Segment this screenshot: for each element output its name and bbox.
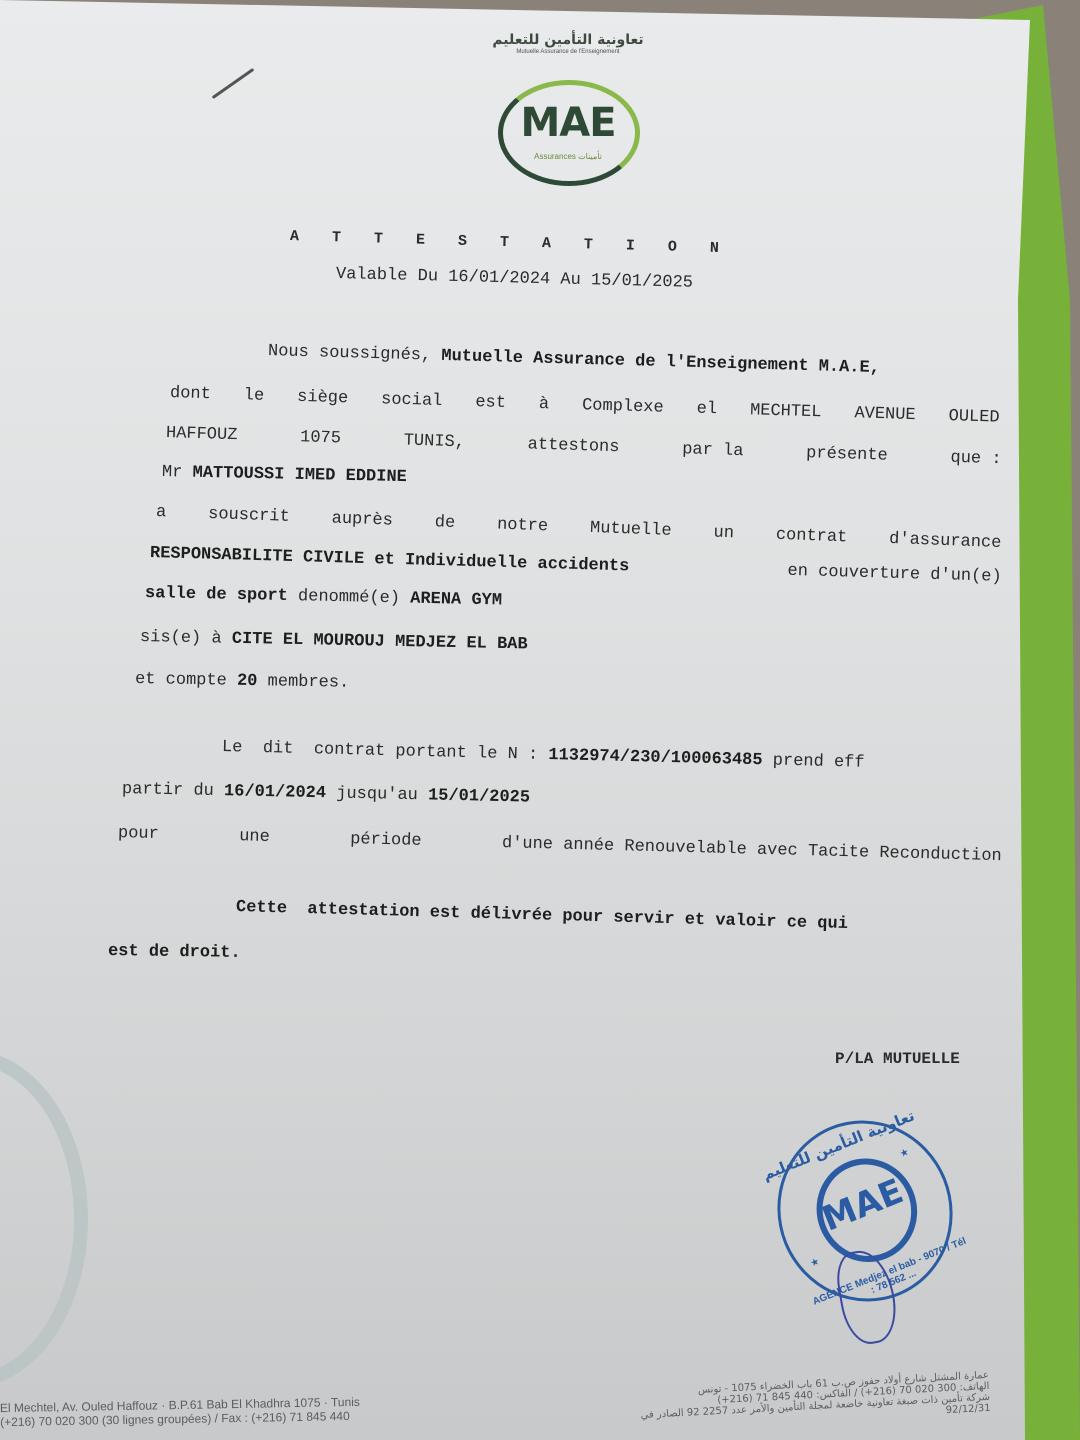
word: HAFFOUZ [166,424,238,445]
word: 1075 [300,428,341,448]
org-name-latin: Mutuelle Assurance de l'Enseignement [488,49,648,55]
location-label: sis(e) à [140,628,222,649]
word: d'une année Renouvelable avec Tacite Rec… [502,834,1002,866]
coverage-line: RESPONSABILITE CIVILE et Individuelle ac… [150,544,1002,587]
word: contrat [776,526,848,548]
word: présente [806,444,888,466]
word: le [243,386,264,406]
word: attestons [527,435,619,457]
word: notre [497,516,549,537]
signature-label: P/LA MUTUELLE [835,1050,960,1068]
letterhead: تعاونية التأمين للتعليم Mutuelle Assuran… [488,32,648,55]
word: social [381,390,443,411]
facility-label: denommé(e) [298,587,400,608]
contract-suffix: prend eff [773,751,865,772]
word: dont [170,384,211,404]
facility-type: salle de sport [145,584,288,606]
word: MECHTEL [750,401,822,422]
period-line: pour une période d'une année Renouvelabl… [118,824,1002,866]
closing-line-2: est de droit. [108,942,241,963]
word: el [696,400,717,420]
start-date: 16/01/2024 [224,782,326,803]
coverage-tail: en couverture d'un(e) [787,562,1002,587]
document-title: ATTESTATION [290,228,752,258]
word: pour [118,824,159,844]
watermark-arc [0,1050,88,1388]
members-count: 20 [237,672,258,691]
word: est [475,393,506,413]
word: auprès [331,509,393,530]
closing-line-1: Cette attestation est délivrée pour serv… [236,898,848,934]
word: de [434,513,455,533]
insured-name: MATTOUSSI IMED EDDINE [192,464,407,487]
location-line: sis(e) à CITE EL MOUROUJ MEDJEZ EL BAB [140,628,528,654]
star-icon: ★ [897,1143,911,1162]
insured-line: Mr MATTOUSSI IMED EDDINE [162,463,407,487]
intro-plain: Nous soussignés, [268,342,432,366]
logo-text: MAE [508,100,628,146]
logo-tagline: Assurances تأمينات [520,152,616,161]
insured-prefix: Mr [162,463,183,482]
footer-address-arabic: عمارة المشتل شارع أولاد حفوز ص.ب 61 باب … [599,1370,991,1434]
dates-line: partir du 16/01/2024 jusqu'au 15/01/2025 [122,780,530,808]
word: souscrit [208,505,290,527]
contract-number: 1132974/230/100063485 [548,746,763,770]
facility-line: salle de sport denommé(e) ARENA GYM [145,584,1005,621]
address-line-1: dont le siège social est à Complexe el M… [170,384,1000,428]
word: par la [682,440,744,461]
location: CITE EL MOUROUJ MEDJEZ EL BAB [232,630,528,655]
until-label: jusqu'au [336,784,418,805]
subscription-line: a souscrit auprès de notre Mutuelle un c… [156,503,1002,553]
word: AVENUE [854,404,916,425]
word: Complexe [582,396,664,417]
word: OULED [948,407,1000,428]
word: un [713,523,734,543]
members-prefix: et compte [135,670,227,691]
attestation-paper: تعاونية التأمين للتعليم Mutuelle Assuran… [0,0,1040,1440]
contract-line: Le dit contrat portant le N : 1132974/23… [222,738,865,773]
address-line-2: HAFFOUZ 1075 TUNIS, attestons par la pré… [166,424,1002,469]
word: d'assurance [889,530,1002,553]
end-date: 15/01/2025 [428,786,530,807]
word: TUNIS, [403,431,465,452]
word: une [239,827,270,847]
facility-name: ARENA GYM [410,590,502,611]
contract-prefix: Le dit contrat portant le N : [222,738,539,765]
insurer-name: Mutuelle Assurance de l'Enseignement M.A… [441,347,880,378]
validity-period: Valable Du 16/01/2024 Au 15/01/2025 [336,265,693,293]
word: que : [950,449,1002,470]
word: a [156,503,167,522]
word: siège [297,388,349,409]
word: à [539,395,550,414]
org-name-arabic: تعاونية التأمين للتعليم [488,32,648,48]
word: période [350,830,422,851]
word: Mutuelle [590,519,672,541]
star-icon: ★ [808,1253,822,1272]
members-suffix: membres. [267,672,349,692]
members-line: et compte 20 membres. [135,670,350,693]
intro-line: Nous soussignés, Mutuelle Assurance de l… [268,342,880,378]
coverage-type: RESPONSABILITE CIVILE et Individuelle ac… [150,544,630,576]
pen-mark [212,68,255,99]
from-label: partir du [122,780,214,801]
footer-address-latin: El Mechtel, Av. Ouled Haffouz · B.P.61 B… [0,1395,360,1429]
